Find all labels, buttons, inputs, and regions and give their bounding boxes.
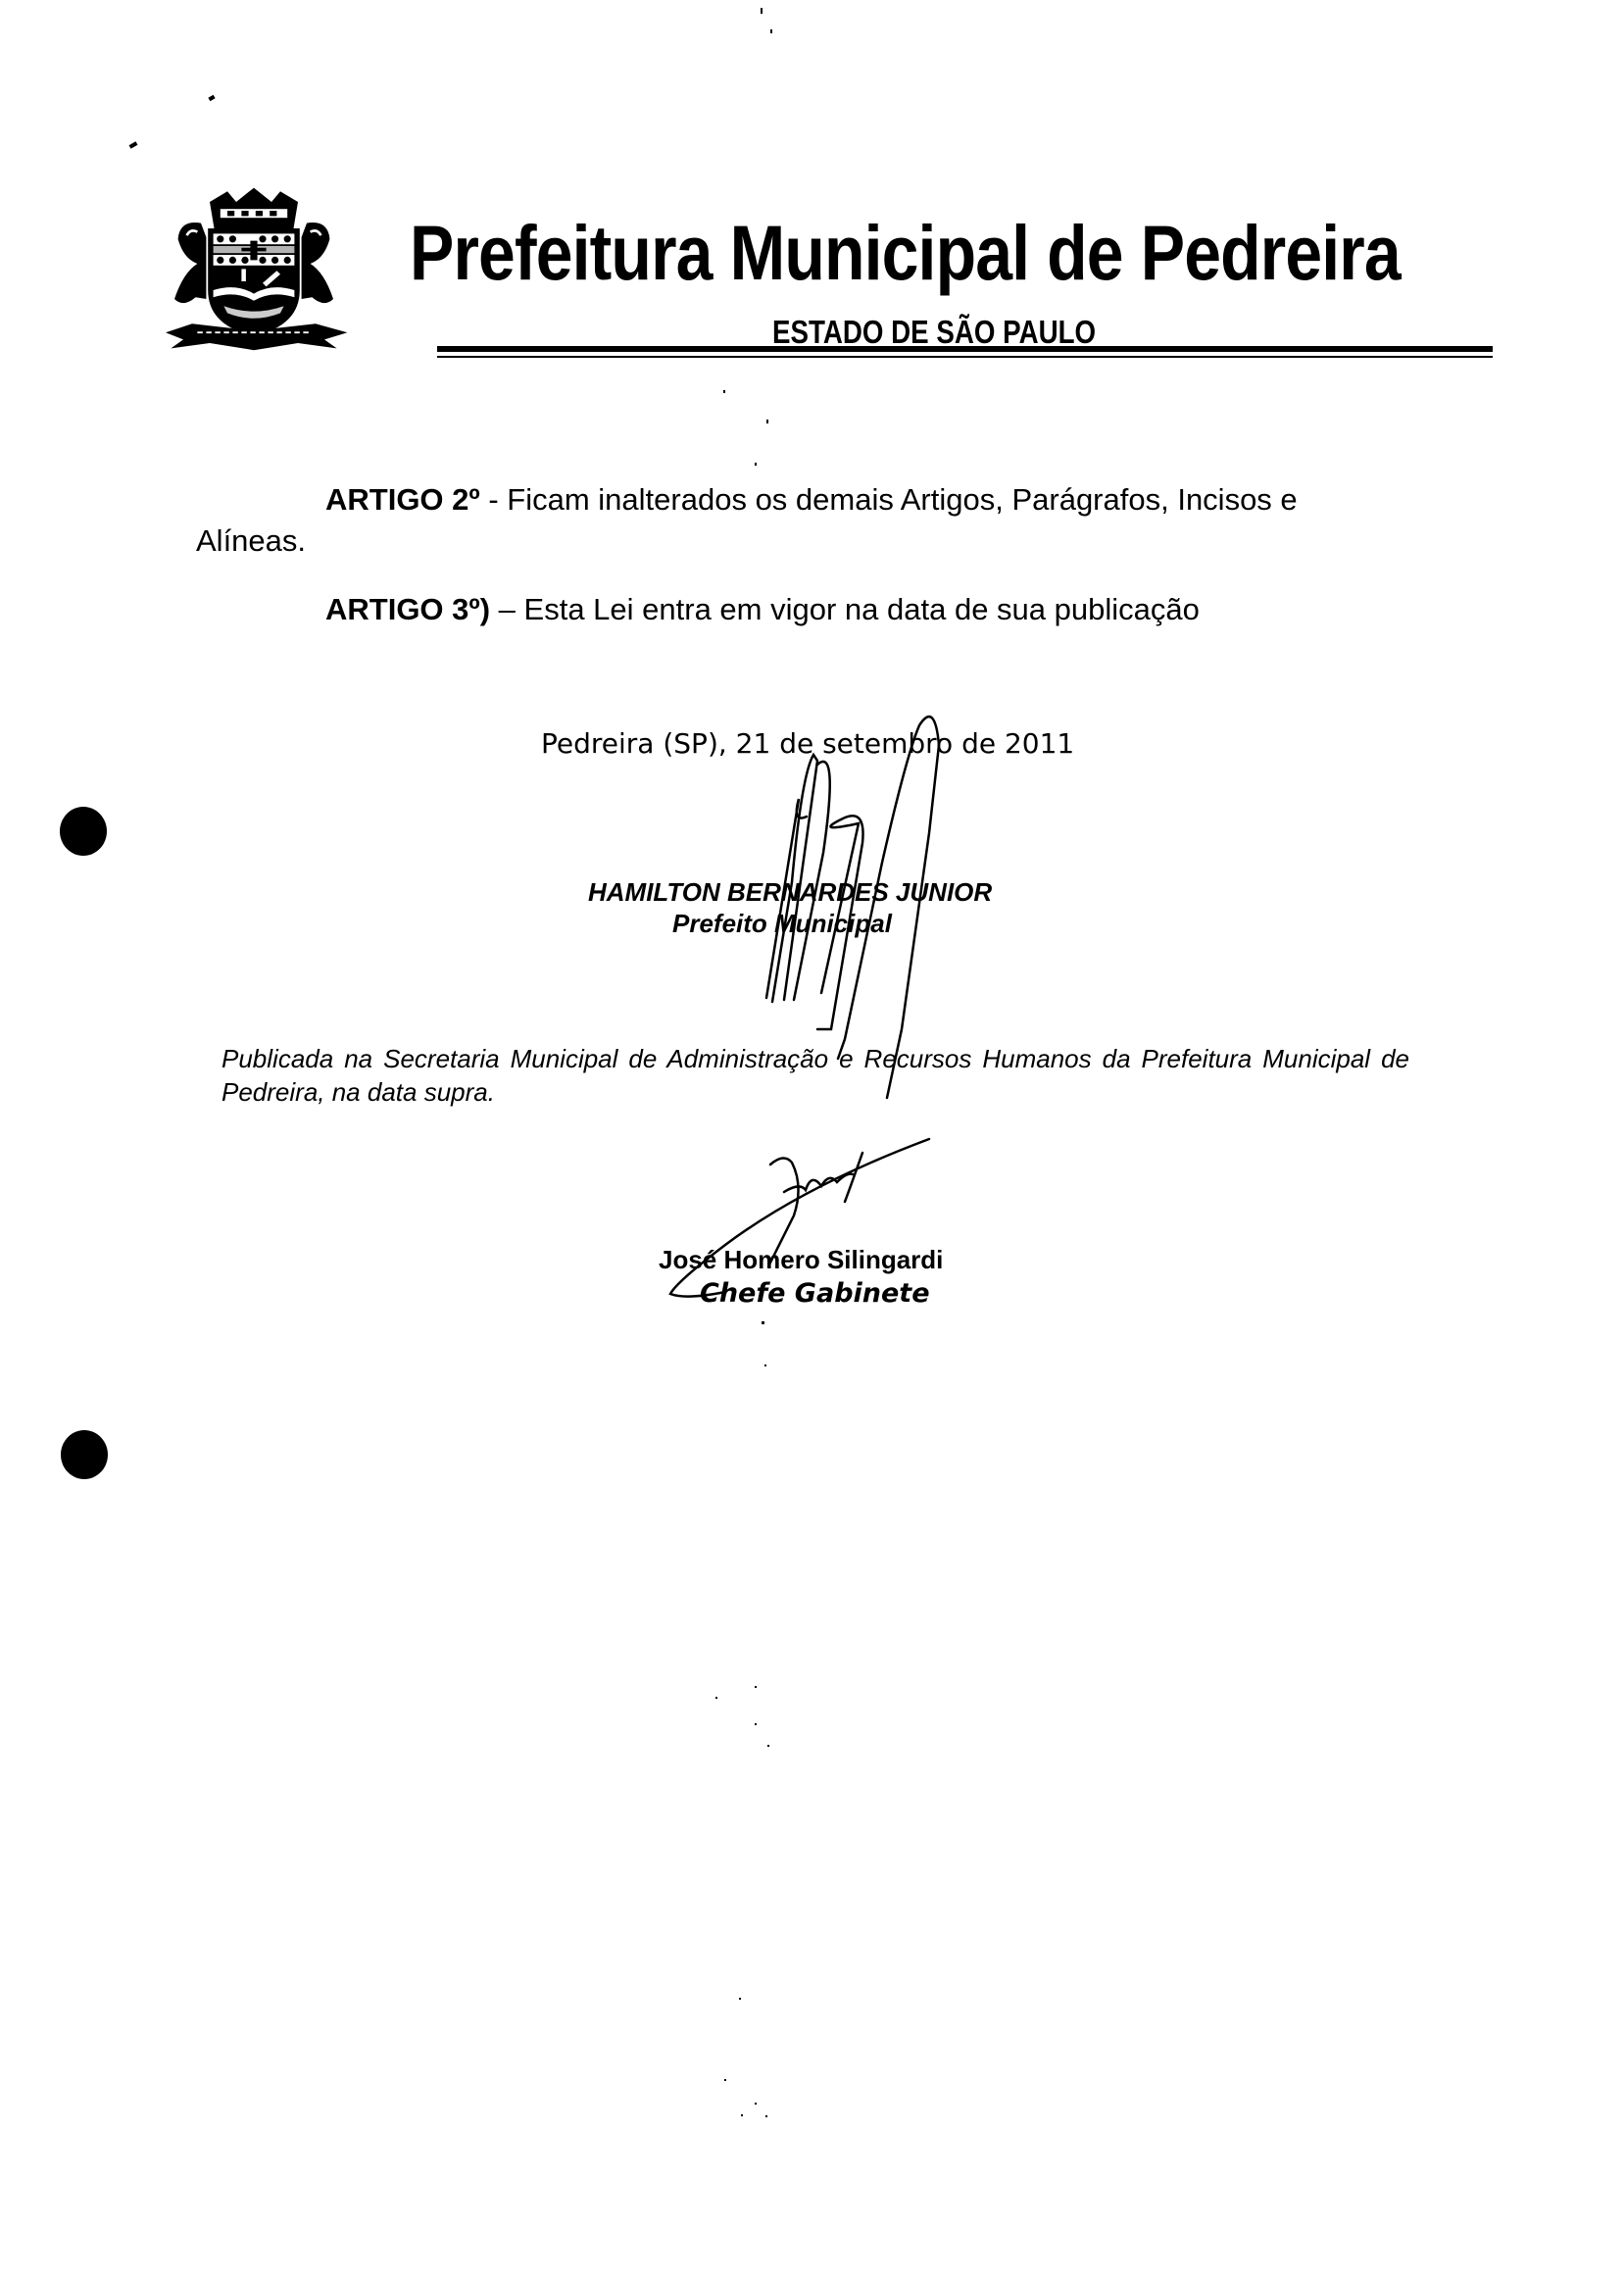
chief-of-staff-title: Chefe Gabinete <box>700 1278 930 1309</box>
scan-speck <box>755 1723 757 1725</box>
scan-speck <box>761 8 763 14</box>
scan-speck <box>770 29 772 33</box>
scan-speck <box>741 2114 743 2116</box>
scan-speck <box>129 141 138 148</box>
scan-speck <box>764 1364 766 1366</box>
scan-speck <box>755 463 757 466</box>
scan-speck <box>762 1321 764 1324</box>
mayor-name: HAMILTON BERNARDES JUNIOR <box>588 877 992 908</box>
scan-speck <box>739 1998 741 2000</box>
scan-speck <box>715 1697 717 1699</box>
scan-speck <box>767 1745 769 1747</box>
scan-speck <box>724 2079 726 2081</box>
article-separator: - <box>480 482 508 517</box>
article-2-continuation: Alíneas. <box>196 522 306 559</box>
article-separator: – <box>490 592 523 626</box>
place-date: Pedreira (SP), 21 de setembro de 2011 <box>541 727 1074 760</box>
scan-speck <box>766 420 768 423</box>
article-text: Ficam inalterados os demais Artigos, Par… <box>507 482 1297 517</box>
article-text: Esta Lei entra em vigor na data de sua p… <box>524 592 1200 626</box>
scan-speck <box>755 1686 757 1688</box>
punch-hole <box>60 807 107 856</box>
punch-hole <box>61 1430 108 1479</box>
state-name: ESTADO DE SÃO PAULO <box>772 316 1096 348</box>
article-2: ARTIGO 2º - Ficam inalterados os demais … <box>325 481 1298 518</box>
article-label: ARTIGO 3º) <box>325 592 490 626</box>
coat-of-arms-icon <box>147 184 361 361</box>
scan-speck <box>755 2103 757 2105</box>
article-3: ARTIGO 3º) – Esta Lei entra em vigor na … <box>325 591 1200 627</box>
header-rule-thin <box>437 356 1493 358</box>
institution-name: Prefeitura Municipal de Pedreira <box>410 214 1401 291</box>
scan-speck <box>765 2115 767 2117</box>
header-rule <box>437 346 1493 352</box>
mayor-title: Prefeito Municipal <box>672 909 892 939</box>
chief-of-staff-name: José Homero Silingardi <box>659 1245 943 1275</box>
article-label: ARTIGO 2º <box>325 482 480 517</box>
publication-note: Publicada na Secretaria Municipal de Adm… <box>221 1043 1409 1110</box>
scan-speck <box>723 390 725 393</box>
scan-speck <box>208 95 215 101</box>
